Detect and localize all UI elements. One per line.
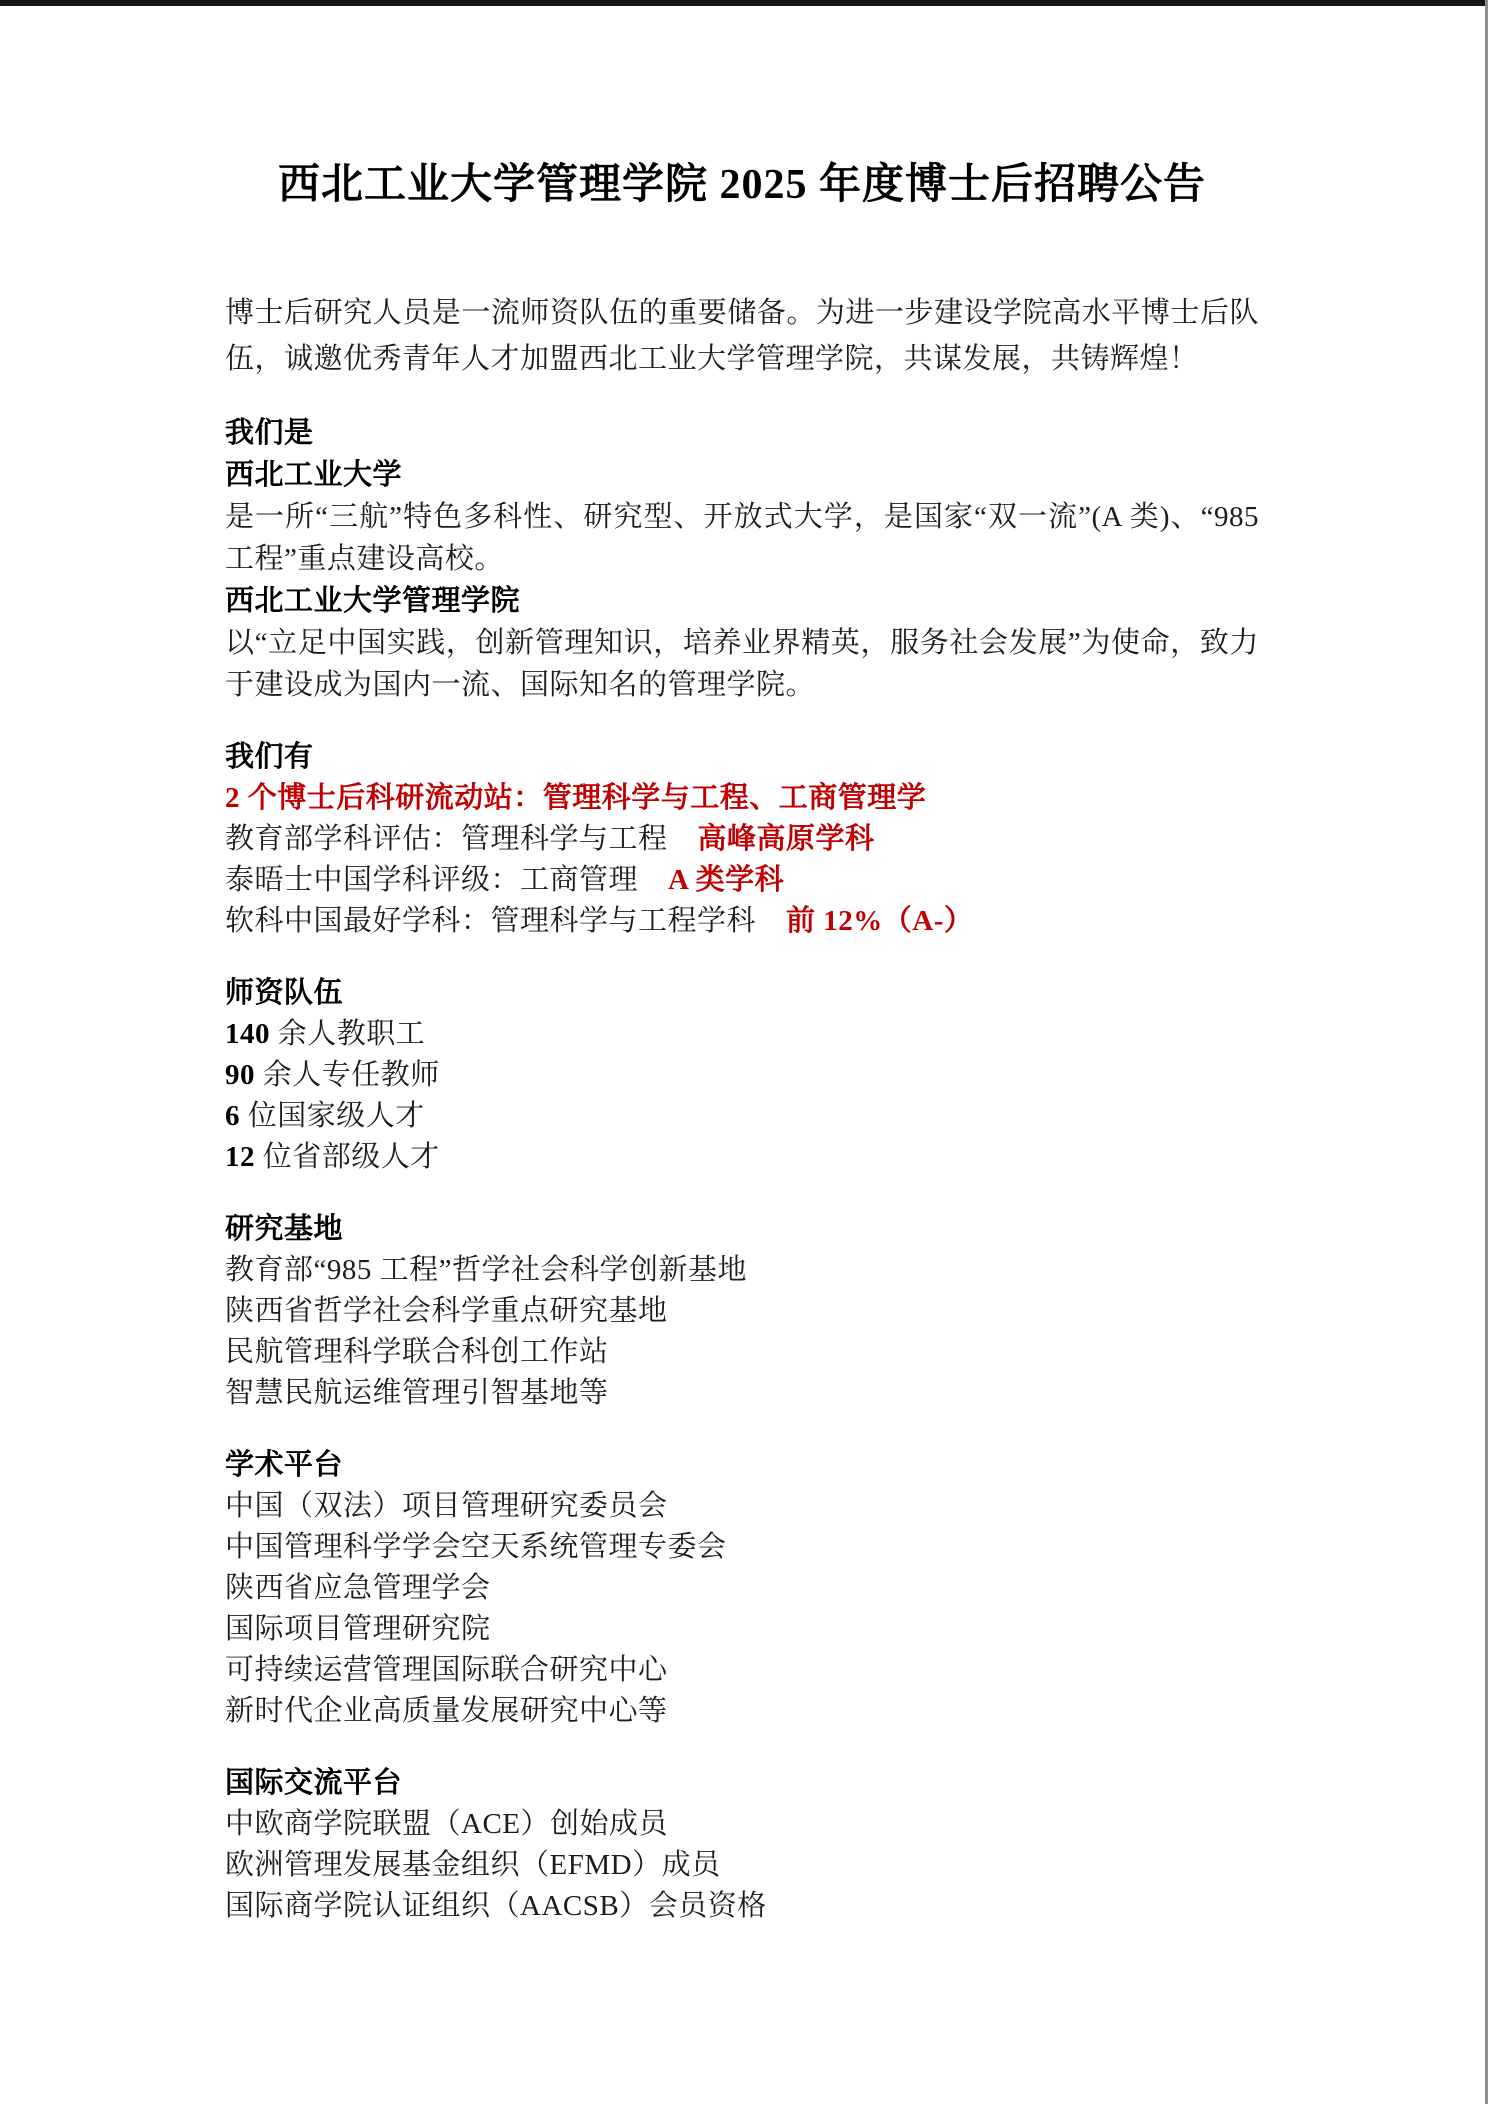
section-international-platforms: 国际交流平台 中欧商学院联盟（ACE）创始成员 欧洲管理发展基金组织（EFMD）… [225,1762,1259,1927]
section-who-we-are: 我们是 西北工业大学 是一所“三航”特色多科性、研究型、开放式大学，是国家“双一… [225,412,1259,706]
section-academic-platforms: 学术平台 中国（双法）项目管理研究委员会 中国管理科学学会空天系统管理专委会 陕… [225,1444,1259,1732]
faculty-item: 90 余人专任教师 [225,1055,1259,1096]
list-item: 国际项目管理研究院 [225,1609,1259,1650]
intro-paragraph: 博士后研究人员是一流师资队伍的重要储备。为进一步建设学院高水平博士后队伍，诚邀优… [225,290,1259,382]
list-item: 中国（双法）项目管理研究委员会 [225,1486,1259,1527]
rating-line: 泰晤士中国学科评级：工商管理A 类学科 [225,860,1259,901]
rating-label: 软科中国最好学科：管理科学与工程学科 [225,905,756,937]
list-item: 教育部“985 工程”哲学社会科学创新基地 [225,1250,1259,1291]
rating-highlight: A 类学科 [668,864,784,896]
faculty-label: 余人专任教师 [255,1059,440,1091]
postdoc-stations-line: 2 个博士后科研流动站：管理科学与工程、工商管理学 [225,778,1259,819]
school-description: 以“立足中国实践，创新管理知识，培养业界精英，服务社会发展”为使命，致力于建设成… [225,622,1259,706]
faculty-item: 140 余人教职工 [225,1014,1259,1055]
faculty-count: 6 [225,1100,240,1132]
section-what-we-have: 我们有 2 个博士后科研流动站：管理科学与工程、工商管理学 教育部学科评估：管理… [225,736,1259,942]
list-item: 中国管理科学学会空天系统管理专委会 [225,1527,1259,1568]
section-research-bases: 研究基地 教育部“985 工程”哲学社会科学创新基地 陕西省哲学社会科学重点研究… [225,1208,1259,1414]
faculty-item: 12 位省部级人才 [225,1137,1259,1178]
section-heading: 师资队伍 [225,972,1259,1014]
section-faculty: 师资队伍 140 余人教职工 90 余人专任教师 6 位国家级人才 12 位省部… [225,972,1259,1178]
rating-line: 教育部学科评估：管理科学与工程高峰高原学科 [225,819,1259,860]
section-heading: 学术平台 [225,1444,1259,1486]
list-item: 陕西省哲学社会科学重点研究基地 [225,1291,1259,1332]
school-name: 西北工业大学管理学院 [225,580,1259,622]
faculty-count: 90 [225,1059,255,1091]
list-item: 陕西省应急管理学会 [225,1568,1259,1609]
list-item: 国际商学院认证组织（AACSB）会员资格 [225,1886,1259,1927]
list-item: 中欧商学院联盟（ACE）创始成员 [225,1804,1259,1845]
rating-highlight: 前 12%（A-） [786,905,973,937]
faculty-label: 位国家级人才 [240,1100,425,1132]
section-heading: 国际交流平台 [225,1762,1259,1804]
list-item: 民航管理科学联合科创工作站 [225,1332,1259,1373]
section-heading: 我们有 [225,736,1259,778]
list-item: 新时代企业高质量发展研究中心等 [225,1691,1259,1732]
document-content: 西北工业大学管理学院 2025 年度博士后招聘公告 博士后研究人员是一流师资队伍… [225,0,1259,1927]
faculty-label: 位省部级人才 [255,1141,440,1173]
list-item: 智慧民航运维管理引智基地等 [225,1373,1259,1414]
university-name: 西北工业大学 [225,454,1259,496]
document-page: 西北工业大学管理学院 2025 年度博士后招聘公告 博士后研究人员是一流师资队伍… [0,0,1488,2104]
rating-label: 教育部学科评估：管理科学与工程 [225,823,668,855]
faculty-count: 12 [225,1141,255,1173]
page-title: 西北工业大学管理学院 2025 年度博士后招聘公告 [225,158,1259,212]
rating-line: 软科中国最好学科：管理科学与工程学科前 12%（A-） [225,901,1259,942]
section-heading: 我们是 [225,412,1259,454]
rating-highlight: 高峰高原学科 [698,823,875,855]
rating-label: 泰晤士中国学科评级：工商管理 [225,864,638,896]
faculty-item: 6 位国家级人才 [225,1096,1259,1137]
section-heading: 研究基地 [225,1208,1259,1250]
faculty-count: 140 [225,1018,270,1050]
list-item: 欧洲管理发展基金组织（EFMD）成员 [225,1845,1259,1886]
list-item: 可持续运营管理国际联合研究中心 [225,1650,1259,1691]
university-description: 是一所“三航”特色多科性、研究型、开放式大学，是国家“双一流”(A 类)、“98… [225,496,1259,580]
faculty-label: 余人教职工 [270,1018,425,1050]
